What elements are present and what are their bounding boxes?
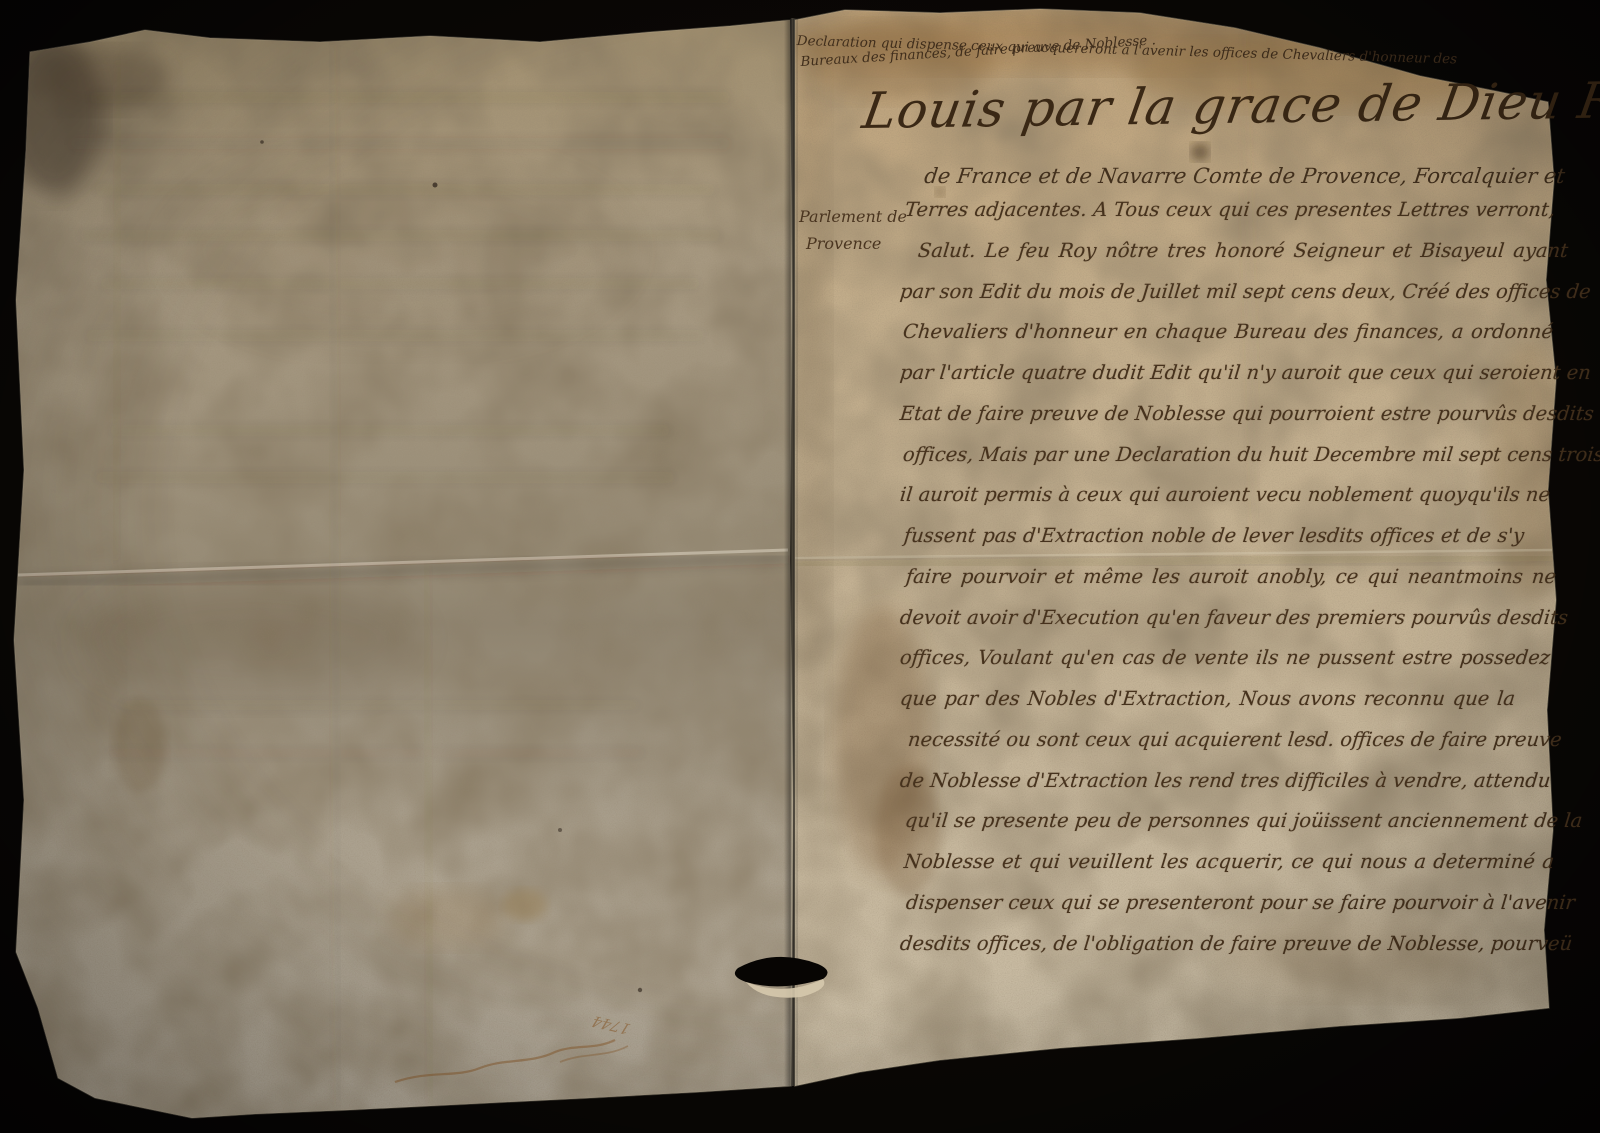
margin-note-line-2: Provence (806, 230, 907, 257)
body-line: il auroit permis à ceux qui auroient vec… (898, 475, 1552, 516)
parchment-left-leaf (0, 0, 800, 1133)
body-line: devoit avoir d'Execution qu'en faveur de… (898, 598, 1552, 639)
docket-note: Declaration qui dispense ceux qui acquer… (797, 33, 1442, 70)
body-line: que par des Nobles d'Extraction, Nous av… (898, 679, 1517, 720)
photo-background: Declaration qui dispense ceux qui acquer… (0, 0, 1600, 1133)
body-line: offices, Mais par une Declaration du hui… (901, 435, 1555, 476)
margin-note: Parlement de Provence (799, 203, 907, 257)
body-line: Etat de faire preuve de Noblesse qui pou… (898, 394, 1552, 435)
body-line: faire pourvoir et même les auroit anobly… (904, 557, 1558, 598)
intitulation-line-2: de France et de Navarre Comte de Provenc… (923, 164, 1554, 188)
body-line: de Noblesse d'Extraction les rend tres d… (898, 761, 1552, 802)
body-line: par l'article quatre dudit Edit qu'il n'… (898, 353, 1552, 394)
body-line: Noblesse et qui veuillent les acquerir, … (902, 842, 1556, 883)
body-line: Salut. Le feu Roy nôtre tres honoré Seig… (916, 231, 1570, 272)
body-line: desdits offices, de l'obligation de fair… (898, 924, 1552, 965)
body-line: fussent pas d'Extraction noble de lever … (902, 516, 1526, 557)
body-line: par son Edit du mois de Juillet mil sept… (898, 272, 1552, 313)
body-line: offices, Voulant qu'en cas de vente ils … (898, 638, 1552, 679)
body-line: Chevaliers d'honneur en chaque Bureau de… (901, 312, 1555, 353)
manuscript-body: Terres adjacentes. A Tous ceux qui ces p… (900, 190, 1568, 964)
body-line: dispenser ceux qui se presenteront pour … (904, 883, 1558, 924)
royal-intitulation: Louis par la grace de Dieu Roy (859, 71, 1600, 140)
body-line: qu'il se presente peu de personnes qui j… (903, 801, 1557, 842)
center-fold (784, 18, 798, 1086)
margin-note-line-1: Parlement de (799, 203, 907, 230)
body-line: Terres adjacentes. A Tous ceux qui ces p… (903, 190, 1557, 231)
body-line: necessité ou sont ceux qui acquierent le… (906, 720, 1560, 761)
